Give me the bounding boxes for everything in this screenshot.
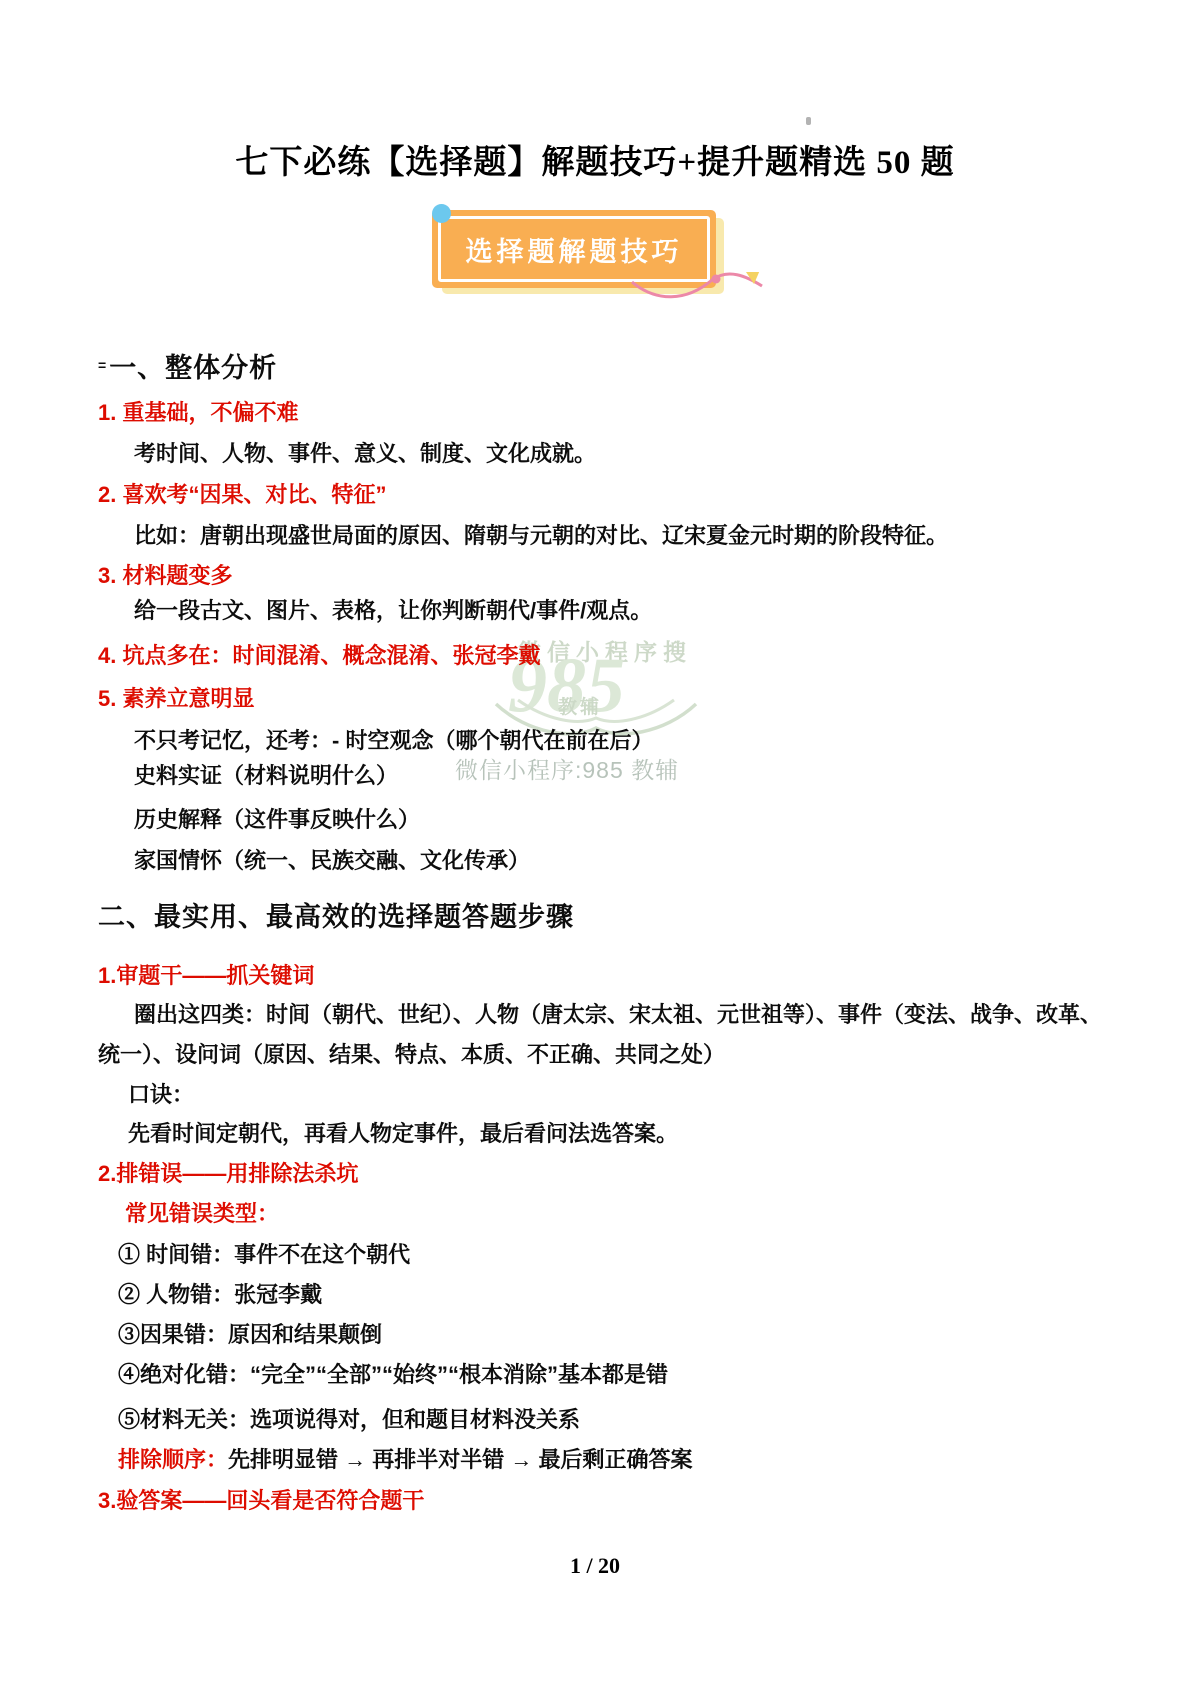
s1-item2-label: 2. 喜欢考“因果、对比、特征” [98, 478, 386, 509]
section1-heading-text: 一、整体分析 [109, 353, 277, 383]
s2-exclude-order-text: 先排明显错 → 再排半对半错 → 最后剩正确答案 [228, 1447, 692, 1472]
s1-item5-body3: 历史解释（这件事反映什么） [134, 803, 420, 834]
page-title: 七下必练【选择题】解题技巧+提升题精选 50 题 [0, 136, 1190, 183]
s2-error-types-label: 常见错误类型： [125, 1197, 279, 1228]
page-number: 1 / 20 [0, 1553, 1190, 1579]
s2-error-5: ⑤材料无关：选项说得对，但和题目材料没关系 [118, 1403, 580, 1434]
pink-swoosh-icon [628, 272, 768, 311]
badge-label: 选择题解题技巧 [466, 230, 683, 269]
s2-step1-body-line1: 圈出这四类：时间（朝代、世纪）、人物（唐太宗、宋太祖、元世祖等）、事件（变法、战… [134, 998, 1102, 1029]
heading-eq-prefix: = [98, 357, 107, 373]
s1-item1-body: 考时间、人物、事件、意义、制度、文化成就。 [134, 437, 596, 468]
s1-item4-label: 4. 坑点多在：时间混淆、概念混淆、张冠李戴 [98, 639, 540, 670]
s2-error-4: ④绝对化错：“完全”“全部”“始终”“根本消除”基本都是错 [118, 1358, 668, 1389]
watermark-footer-text: 微信小程序:985 教辅 [455, 752, 679, 785]
s2-error-3: ③因果错：原因和结果颠倒 [118, 1318, 382, 1349]
s1-item5-body1: 不只考记忆，还考：- 时空观念（哪个朝代在前在后） [134, 724, 653, 755]
s1-item5-label: 5. 素养立意明显 [98, 682, 254, 713]
section2-heading: 二、最实用、最高效的选择题答题步骤 [98, 895, 574, 934]
s2-step2-label: 2.排错误——用排除法杀坑 [98, 1157, 358, 1188]
s2-mnemonic-label: 口诀： [128, 1078, 194, 1109]
s1-item1-label: 1. 重基础，不偏不难 [98, 396, 298, 427]
s2-exclude-order-line: 排除顺序：先排明显错 → 再排半对半错 → 最后剩正确答案 [118, 1443, 692, 1474]
s2-mnemonic-text: 先看时间定朝代，再看人物定事件，最后看问法选答案。 [128, 1117, 678, 1148]
section1-heading: =一、整体分析 [98, 346, 277, 385]
blue-dot-icon [432, 204, 451, 223]
s1-item2-body: 比如：唐朝出现盛世局面的原因、隋朝与元朝的对比、辽宋夏金元时期的阶段特征。 [134, 519, 948, 550]
s2-step3-label: 3.验答案——回头看是否符合题干 [98, 1484, 424, 1515]
s1-item3-label: 3. 材料题变多 [98, 559, 232, 590]
s2-step1-label: 1.审题干——抓关键词 [98, 959, 314, 990]
s2-exclude-order-label: 排除顺序： [118, 1447, 228, 1472]
s2-step1-body-line2: 统一）、设问词（原因、结果、特点、本质、不正确、共同之处） [98, 1038, 725, 1069]
s1-item3-body: 给一段古文、图片、表格，让你判断朝代/事件/观点。 [134, 594, 652, 625]
s2-error-2: ② 人物错：张冠李戴 [118, 1278, 322, 1309]
s1-item5-body4: 家国情怀（统一、民族交融、文化传承） [134, 844, 530, 875]
topic-badge: 选择题解题技巧 [432, 206, 732, 302]
s1-item5-body2: 史料实证（材料说明什么） [134, 759, 398, 790]
stray-scan-artifact [806, 117, 811, 125]
s2-error-1: ① 时间错：事件不在这个朝代 [118, 1238, 410, 1269]
